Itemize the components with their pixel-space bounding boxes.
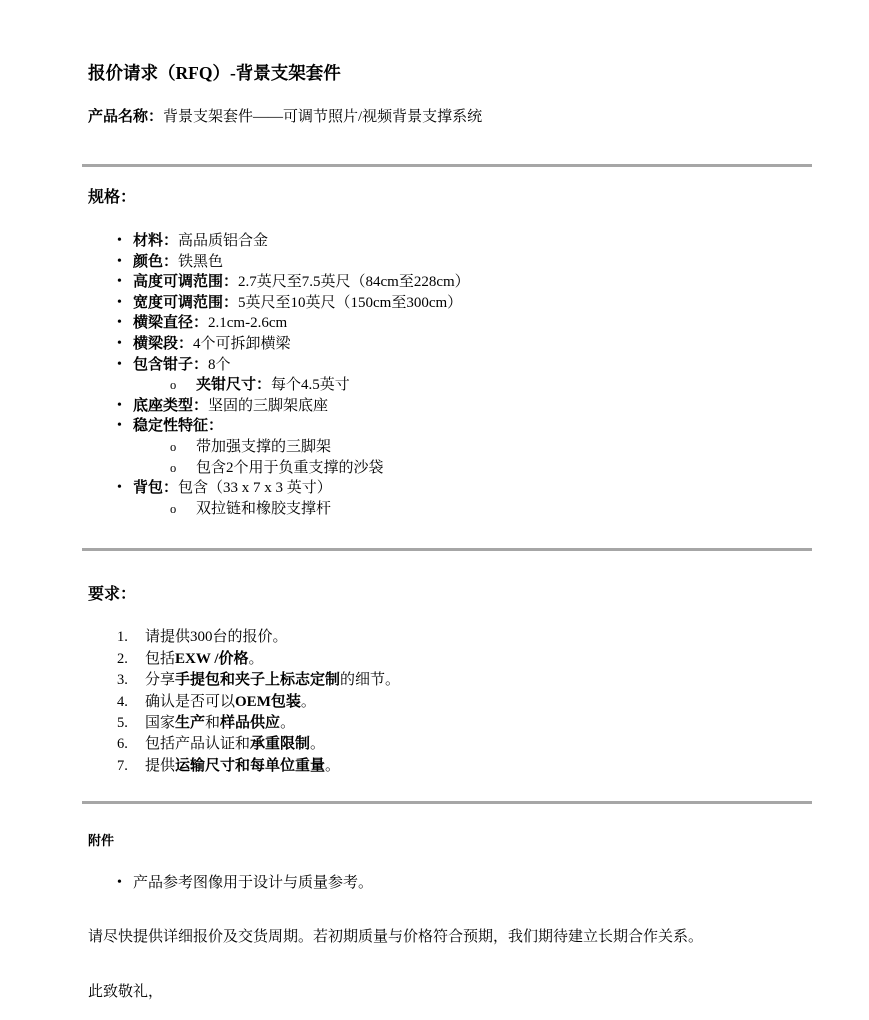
spec-value: 5英尺至10英尺（150cm至300cm） xyxy=(238,295,462,311)
specs-list: 材料：高品质铝合金 颜色：铁黑色 高度可调范围：2.7英尺至7.5英尺（84cm… xyxy=(88,231,812,519)
spec-subitem-clamp-size: 夹钳尺寸：每个4.5英寸 xyxy=(196,375,812,396)
section-divider xyxy=(82,164,812,167)
spec-label: 颜色： xyxy=(133,254,178,270)
specs-heading: 规格： xyxy=(88,188,812,208)
requirement-item: 确认是否可以OEM包装。 xyxy=(145,692,812,713)
section-divider xyxy=(82,548,812,551)
spec-value: 铁黑色 xyxy=(178,254,223,270)
spec-item-stability: 稳定性特征： 带加强支撑的三脚架 包含2个用于负重支撑的沙袋 xyxy=(133,416,812,478)
spec-value: 带加强支撑的三脚架 xyxy=(196,439,331,455)
spec-label: 宽度可调范围： xyxy=(133,295,238,311)
spec-label: 背包： xyxy=(133,480,178,496)
attachment-item: 产品参考图像用于设计与质量参考。 xyxy=(133,873,812,893)
requirement-item: 分享手提包和夹子上标志定制的细节。 xyxy=(145,670,812,691)
spec-item-beam-diameter: 横梁直径：2.1cm-2.6cm xyxy=(133,313,812,334)
spec-value: 每个4.5英寸 xyxy=(271,377,350,393)
attachments-heading: 附件 xyxy=(88,833,812,849)
spec-item-material: 材料：高品质铝合金 xyxy=(133,231,812,252)
closing-paragraph: 请尽快提供详细报价及交货周期。若初期质量与价格符合预期，我们期待建立长期合作关系… xyxy=(88,927,812,947)
product-name-label: 产品名称： xyxy=(88,109,163,125)
spec-label: 横梁直径： xyxy=(133,315,208,331)
spec-label: 底座类型： xyxy=(133,398,208,414)
requirement-item: 请提供300台的报价。 xyxy=(145,627,812,648)
document-title: 报价请求（RFQ）-背景支架套件 xyxy=(88,62,812,84)
spec-subitem-tripod: 带加强支撑的三脚架 xyxy=(196,437,812,458)
spec-value: 2.7英尺至7.5英尺（84cm至228cm） xyxy=(238,274,470,290)
spec-label: 夹钳尺寸： xyxy=(196,377,271,393)
spec-label: 材料： xyxy=(133,233,178,249)
product-name-line: 产品名称：背景支架套件——可调节照片/视频背景支撑系统 xyxy=(88,107,812,127)
spec-item-width-range: 宽度可调范围：5英尺至10英尺（150cm至300cm） xyxy=(133,293,812,314)
document-page: 报价请求（RFQ）-背景支架套件 产品名称：背景支架套件——可调节照片/视频背景… xyxy=(0,0,869,1020)
salutation: 此致敬礼， xyxy=(88,982,812,1002)
spec-label: 横梁段： xyxy=(133,336,193,352)
spec-value: 包含2个用于负重支撑的沙袋 xyxy=(196,460,384,476)
spec-label: 高度可调范围： xyxy=(133,274,238,290)
spec-sub-list: 夹钳尺寸：每个4.5英寸 xyxy=(133,375,812,396)
spec-subitem-zippers: 双拉链和橡胶支撑杆 xyxy=(196,499,812,520)
spec-sub-list: 带加强支撑的三脚架 包含2个用于负重支撑的沙袋 xyxy=(133,437,812,478)
spec-item-height-range: 高度可调范围：2.7英尺至7.5英尺（84cm至228cm） xyxy=(133,272,812,293)
spec-item-beam-sections: 横梁段：4个可拆卸横梁 xyxy=(133,334,812,355)
attachments-list: 产品参考图像用于设计与质量参考。 xyxy=(88,873,812,893)
spec-label: 稳定性特征： xyxy=(133,418,223,434)
spec-value: 高品质铝合金 xyxy=(178,233,268,249)
spec-value: 坚固的三脚架底座 xyxy=(208,398,328,414)
requirement-item: 提供运输尺寸和每单位重量。 xyxy=(145,756,812,777)
spec-value: 4个可拆卸横梁 xyxy=(193,336,291,352)
requirements-list: 请提供300台的报价。 包括EXW /价格。 分享手提包和夹子上标志定制的细节。… xyxy=(88,627,812,777)
product-name-value: 背景支架套件——可调节照片/视频背景支撑系统 xyxy=(163,109,482,125)
spec-subitem-sandbags: 包含2个用于负重支撑的沙袋 xyxy=(196,458,812,479)
spec-item-backpack: 背包：包含（33 x 7 x 3 英寸） 双拉链和橡胶支撑杆 xyxy=(133,478,812,519)
spec-item-clamps: 包含钳子：8个 夹钳尺寸：每个4.5英寸 xyxy=(133,355,812,396)
spec-value: 2.1cm-2.6cm xyxy=(208,315,287,331)
spec-sub-list: 双拉链和橡胶支撑杆 xyxy=(133,499,812,520)
spec-value: 8个 xyxy=(208,357,231,373)
spec-value: 双拉链和橡胶支撑杆 xyxy=(196,501,331,517)
requirements-heading: 要求： xyxy=(88,585,812,605)
spec-item-color: 颜色：铁黑色 xyxy=(133,252,812,273)
spec-label: 包含钳子： xyxy=(133,357,208,373)
requirement-item: 包括EXW /价格。 xyxy=(145,649,812,670)
spec-value: 包含（33 x 7 x 3 英寸） xyxy=(178,480,332,496)
spec-item-base-type: 底座类型：坚固的三脚架底座 xyxy=(133,396,812,417)
section-divider xyxy=(82,801,812,804)
requirement-item: 国家生产和样品供应。 xyxy=(145,713,812,734)
requirement-item: 包括产品认证和承重限制。 xyxy=(145,734,812,755)
